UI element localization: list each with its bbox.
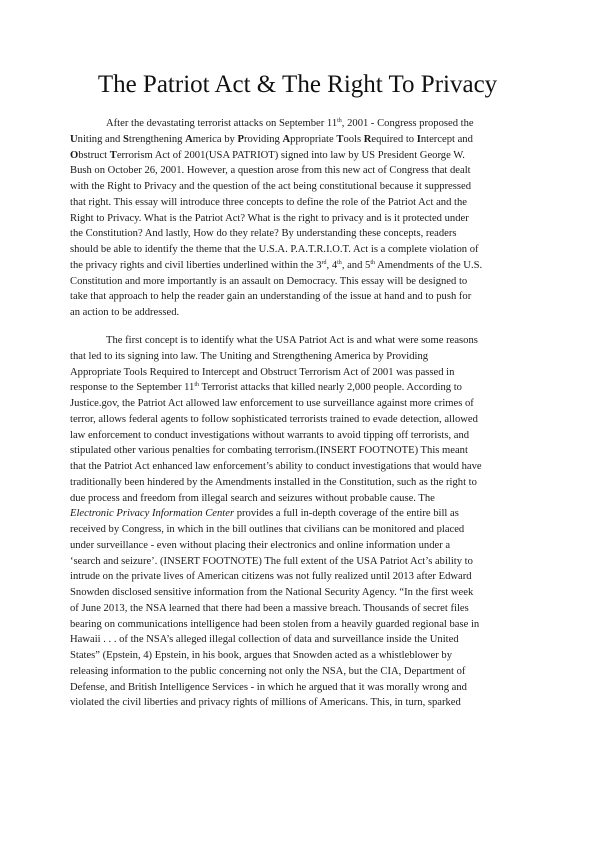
text-line: that the Patriot Act enhanced law enforc…	[70, 459, 540, 475]
text-line: Defense, and British Intelligence Servic…	[70, 680, 540, 696]
text-line: due process and freedom from illegal sea…	[70, 491, 540, 507]
text-line: response to the September 11th Terrorist…	[70, 380, 540, 396]
text-line: violated the civil liberties and privacy…	[70, 695, 540, 711]
text-line: an action to be addressed.	[70, 305, 540, 321]
document-title: The Patriot Act & The Right To Privacy	[0, 70, 595, 100]
document-page: The Patriot Act & The Right To Privacy A…	[0, 0, 595, 842]
text-line: releasing information to the public conc…	[70, 664, 540, 680]
text-line: traditionally been hindered by the Amend…	[70, 475, 540, 491]
text-line: under surveillance - even without placin…	[70, 538, 540, 554]
text-line: After the devastating terrorist attacks …	[70, 116, 540, 132]
text-line: bearing on communications intelligence h…	[70, 617, 540, 633]
text-line: the privacy rights and civil liberties u…	[70, 258, 540, 274]
text-line: Right to Privacy. What is the Patriot Ac…	[70, 211, 540, 227]
text-line: intrude on the private lives of American…	[70, 569, 540, 585]
text-line: Justice.gov, the Patriot Act allowed law…	[70, 396, 540, 412]
text-line: terror, allows federal agents to follow …	[70, 412, 540, 428]
text-line: Obstruct Terrorism Act of 2001(USA PATRI…	[70, 148, 540, 164]
text-line: received by Congress, in which in the bi…	[70, 522, 540, 538]
text-line: the Constitution? And lastly, How do the…	[70, 226, 540, 242]
text-line: Snowden disclosed sensitive information …	[70, 585, 540, 601]
text-line: should be able to identify the theme tha…	[70, 242, 540, 258]
text-line: States” (Epstein, 4) Epstein, in his boo…	[70, 648, 540, 664]
text-line: The first concept is to identify what th…	[70, 333, 540, 349]
text-line: that led to its signing into law. The Un…	[70, 349, 540, 365]
text-line: Constitution and more importantly is an …	[70, 274, 540, 290]
text-line: Uniting and Strengthening America by Pro…	[70, 132, 540, 148]
text-line: of June 2013, the NSA learned that there…	[70, 601, 540, 617]
text-line: ‘search and seizure’. (INSERT FOOTNOTE) …	[70, 554, 540, 570]
text-line: Appropriate Tools Required to Intercept …	[70, 365, 540, 381]
first-concept-paragraph: The first concept is to identify what th…	[70, 333, 540, 711]
text-line: Electronic Privacy Information Center pr…	[70, 506, 540, 522]
text-line: stipulated other various penalties for c…	[70, 443, 540, 459]
intro-paragraph: After the devastating terrorist attacks …	[70, 116, 540, 321]
text-line: take that approach to help the reader ga…	[70, 289, 540, 305]
text-line: that right. This essay will introduce th…	[70, 195, 540, 211]
text-line: with the Right to Privacy and the questi…	[70, 179, 540, 195]
text-line: Hawaii . . . of the NSA’s alleged illega…	[70, 632, 540, 648]
text-line: law enforcement to conduct investigation…	[70, 428, 540, 444]
text-line: Bush on October 26, 2001. However, a que…	[70, 163, 540, 179]
